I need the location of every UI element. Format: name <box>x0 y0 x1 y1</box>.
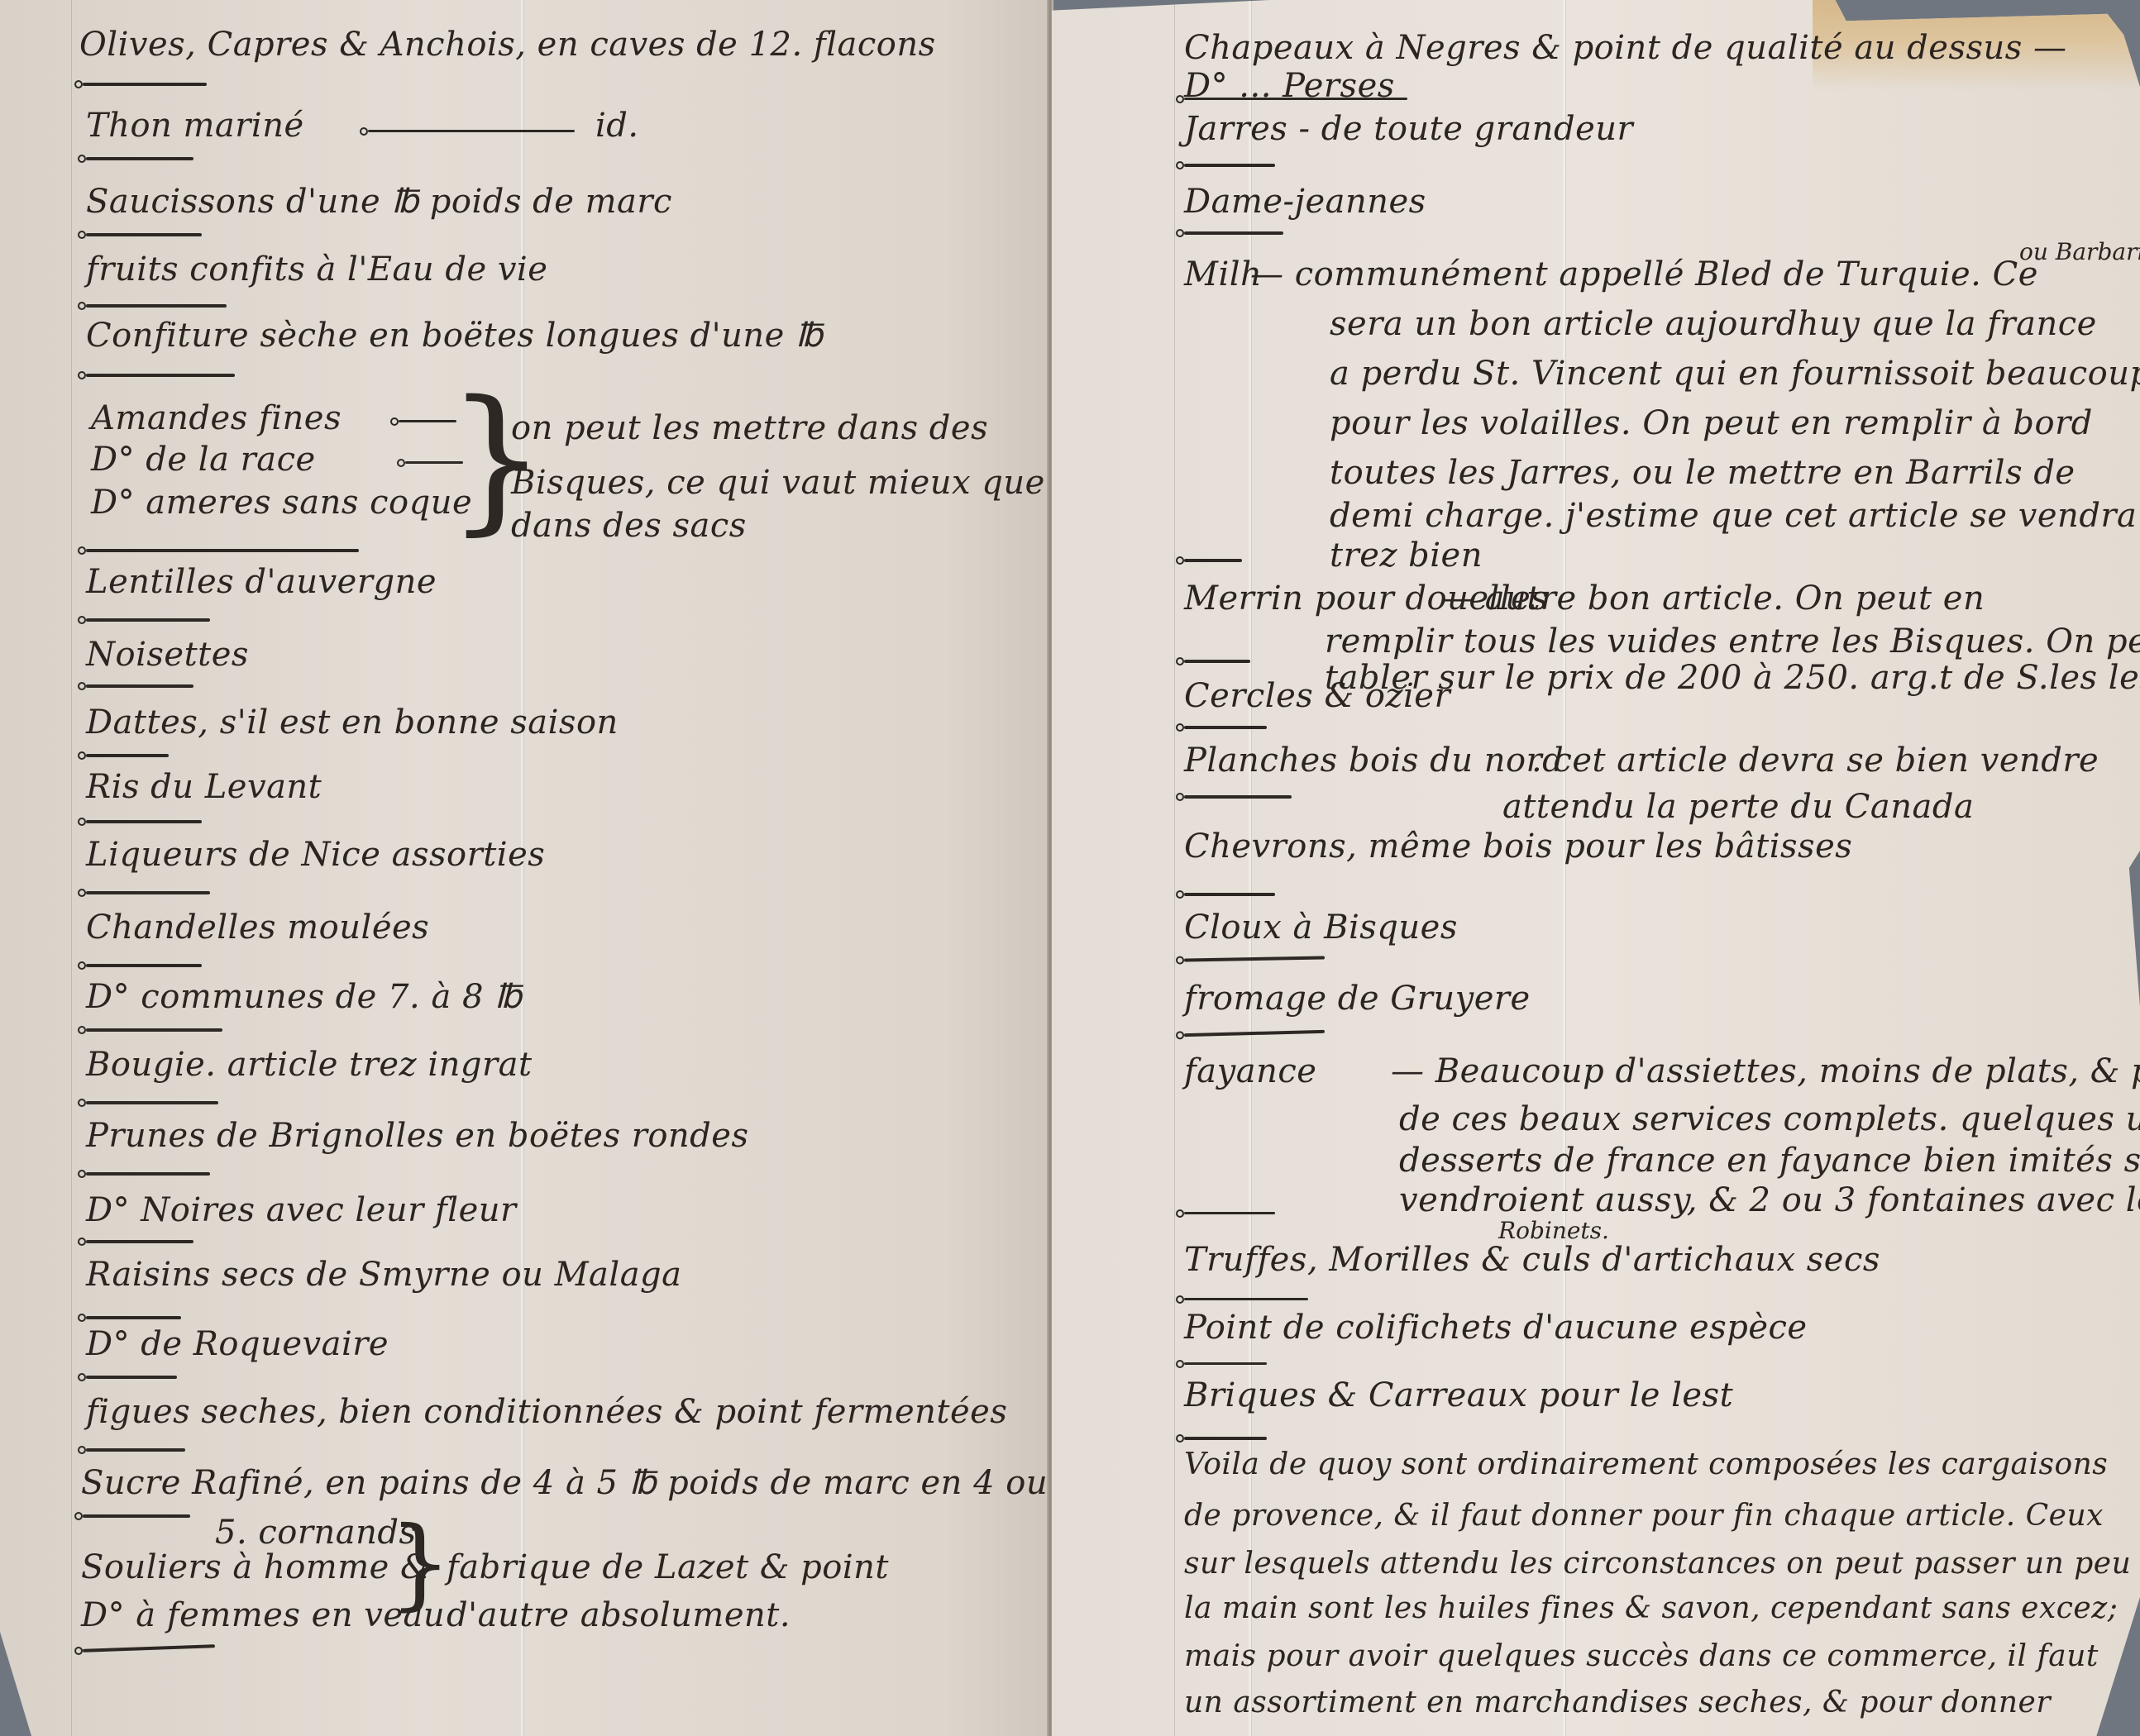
entry-thon-ditto: id. <box>595 106 639 145</box>
entry-dame-jeannes: Dame-jeannes <box>1184 182 1426 222</box>
entry-raisins: Raisins secs de Smyrne ou Malaga <box>86 1255 682 1295</box>
entry-figues: figues seches, bien conditionnées & poin… <box>86 1392 1007 1432</box>
entry-separator <box>86 549 359 552</box>
entry-separator <box>86 684 193 688</box>
entry-cloux: Cloux à Bisques <box>1184 908 1458 947</box>
entry-separator <box>86 891 210 894</box>
closing-line-5: mais pour avoir quelques succès dans ce … <box>1184 1637 2099 1676</box>
entry-separator <box>83 1644 215 1653</box>
milh-note-line-6: demi charge. j'estime que cet article se… <box>1330 496 2137 536</box>
entry-separator <box>86 1448 185 1452</box>
milh-note-line-1: — communément appellé Bled de Turquie. C… <box>1250 255 2038 294</box>
closing-line-3: sur lesquels attendu les circonstances o… <box>1184 1544 2140 1584</box>
merrin-note-line-1: — autre bon article. On peut en <box>1440 579 1985 618</box>
entry-separator <box>86 1101 218 1104</box>
entry-jarres: Jarres - de toute grandeur <box>1184 109 1633 149</box>
entry-separator <box>86 618 210 622</box>
entry-separator <box>1184 1030 1325 1037</box>
ditto-line <box>368 130 575 132</box>
entry-fruits-confits: fruits confits à l'Eau de vie <box>86 250 547 289</box>
milh-note-line-4: pour les volailles. On peut en remplir à… <box>1330 403 2093 443</box>
entry-separator <box>86 964 202 967</box>
entry-chevrons: Chevrons, même bois pour les bâtisses <box>1184 827 1852 866</box>
entry-separator <box>1184 956 1325 962</box>
milh-note-line-5: toutes les Jarres, ou le mettre en Barri… <box>1330 453 2076 493</box>
fayance-note-line-2: de ces beaux services complets. quelques… <box>1399 1099 2140 1139</box>
entry-raisins-roquevaire: D° de Roquevaire <box>86 1324 389 1364</box>
entry-chandelles: Chandelles moulées <box>86 908 429 947</box>
fayance-note-line-4: vendroient aussy, & 2 ou 3 fontaines ave… <box>1399 1180 2140 1220</box>
entry-separator <box>1184 795 1292 799</box>
milh-note-line-3: a perdu St. Vincent qui en fournissoit b… <box>1330 354 2140 393</box>
entry-chapeaux: Chapeaux à Negres & point de qualité au … <box>1184 28 2067 68</box>
entry-separator <box>1184 164 1275 167</box>
entry-separator <box>86 1316 181 1319</box>
shoes-note-line-2: d'autre absolument. <box>447 1595 791 1635</box>
entry-lentilles: Lentilles d'auvergne <box>86 562 437 602</box>
entry-fayance: fayance <box>1184 1052 1316 1091</box>
right-margin-rule <box>1174 0 1175 1736</box>
fayance-note-line-1: — Beaucoup d'assiettes, moins de plats, … <box>1391 1052 2140 1091</box>
entry-bougie: Bougie. article trez ingrat <box>86 1045 533 1085</box>
entry-souliers-homme: Souliers à homme & <box>81 1548 430 1587</box>
entry-truffes: Truffes, Morilles & culs d'artichaux sec… <box>1184 1240 1880 1280</box>
left-margin-rule <box>71 0 72 1736</box>
entry-liqueurs: Liqueurs de Nice assorties <box>86 835 545 875</box>
entry-separator <box>1184 1437 1267 1440</box>
entry-ris: Ris du Levant <box>86 767 322 807</box>
bracket-note-line-3: dans des sacs <box>511 506 747 546</box>
closing-line-2: de provence, & il faut donner pour fin c… <box>1184 1496 2104 1536</box>
closing-line-1: Voila de quoy sont ordinairement composé… <box>1184 1445 2108 1485</box>
milh-note-line-7: trez bien <box>1330 536 1483 575</box>
entry-separator <box>1184 726 1267 729</box>
entry-separator <box>86 1028 222 1032</box>
wavy-separator <box>1184 1212 1275 1214</box>
entry-amandes-race: D° de la race <box>91 440 316 479</box>
entry-separator <box>1184 893 1275 896</box>
planches-note-line-2: attendu la perte du Canada <box>1502 787 1974 827</box>
entry-separator <box>86 820 202 823</box>
grouping-brace: } <box>389 1514 451 1614</box>
entry-dattes: Dattes, s'il est en bonne saison <box>86 703 619 742</box>
entry-amandes-fines: Amandes fines <box>91 398 342 438</box>
entry-separator <box>86 157 193 160</box>
entry-separator <box>86 754 169 757</box>
milh-note-line-2: sera un bon article aujourdhuy que la fr… <box>1330 304 2097 344</box>
entry-separator <box>86 233 202 236</box>
entry-separator <box>1184 559 1242 562</box>
entry-sucre: Sucre Rafiné, en pains de 4 à 5 ℔ poids … <box>81 1463 1048 1503</box>
right-manuscript-page: Chapeaux à Negres & point de qualité au … <box>1052 0 2140 1736</box>
entry-amandes-ameres: D° ameres sans coque <box>91 483 472 522</box>
entry-olives: Olives, Capres & Anchois, en caves de 12… <box>79 25 936 64</box>
entry-colifichets: Point de colifichets d'aucune espèce <box>1184 1308 1808 1347</box>
wavy-separator <box>1184 1298 1308 1300</box>
planches-note-line-1: . cet article devra se bien vendre <box>1531 741 2099 780</box>
merrin-note-line-2: remplir tous les vuides entre les Bisque… <box>1325 622 2140 661</box>
bracket-note-line-1: on peut les mettre dans des <box>511 408 988 448</box>
entry-separator <box>86 374 235 377</box>
left-manuscript-page: Olives, Capres & Anchois, en caves de 12… <box>0 0 1049 1736</box>
entry-underline <box>1184 98 1407 100</box>
bracket-note-line-2: Bisques, ce qui vaut mieux que <box>511 463 1045 503</box>
entry-separator <box>1184 231 1283 235</box>
entry-cercles: Cercles & ozier <box>1184 676 1450 716</box>
entry-saucissons: Saucissons d'une ℔ poids de marc <box>86 182 672 222</box>
entry-separator <box>83 83 207 86</box>
entry-separator <box>86 1172 210 1176</box>
entry-prunes-noires: D° Noires avec leur fleur <box>86 1190 517 1230</box>
entry-separator <box>83 1514 190 1518</box>
entry-prunes: Prunes de Brignolles en boëtes rondes <box>86 1116 749 1156</box>
closing-line-4: la main sont les huiles fines & savon, c… <box>1184 1589 2118 1629</box>
entry-fromage: fromage de Gruyere <box>1184 979 1531 1018</box>
entry-planches: Planches bois du nord <box>1184 741 1564 780</box>
entry-separator <box>86 1240 193 1243</box>
entry-separator <box>86 1376 177 1379</box>
entry-separator <box>1184 1362 1267 1365</box>
entry-thon: Thon mariné <box>86 106 304 145</box>
entry-briques: Briques & Carreaux pour le lest <box>1184 1376 1733 1415</box>
entry-separator <box>86 304 227 308</box>
shoes-note-line-1: fabrique de Lazet & point <box>447 1548 889 1587</box>
fayance-note-line-3: desserts de france en fayance bien imité… <box>1399 1141 2140 1180</box>
closing-line-6: un assortiment en marchandises seches, &… <box>1184 1683 2051 1723</box>
entry-noisettes: Noisettes <box>86 635 249 675</box>
entry-separator <box>1184 660 1250 663</box>
entry-chandelles-communes: D° communes de 7. à 8 ℔ <box>86 977 522 1017</box>
entry-confiture: Confiture sèche en boëtes longues d'une … <box>86 316 823 355</box>
